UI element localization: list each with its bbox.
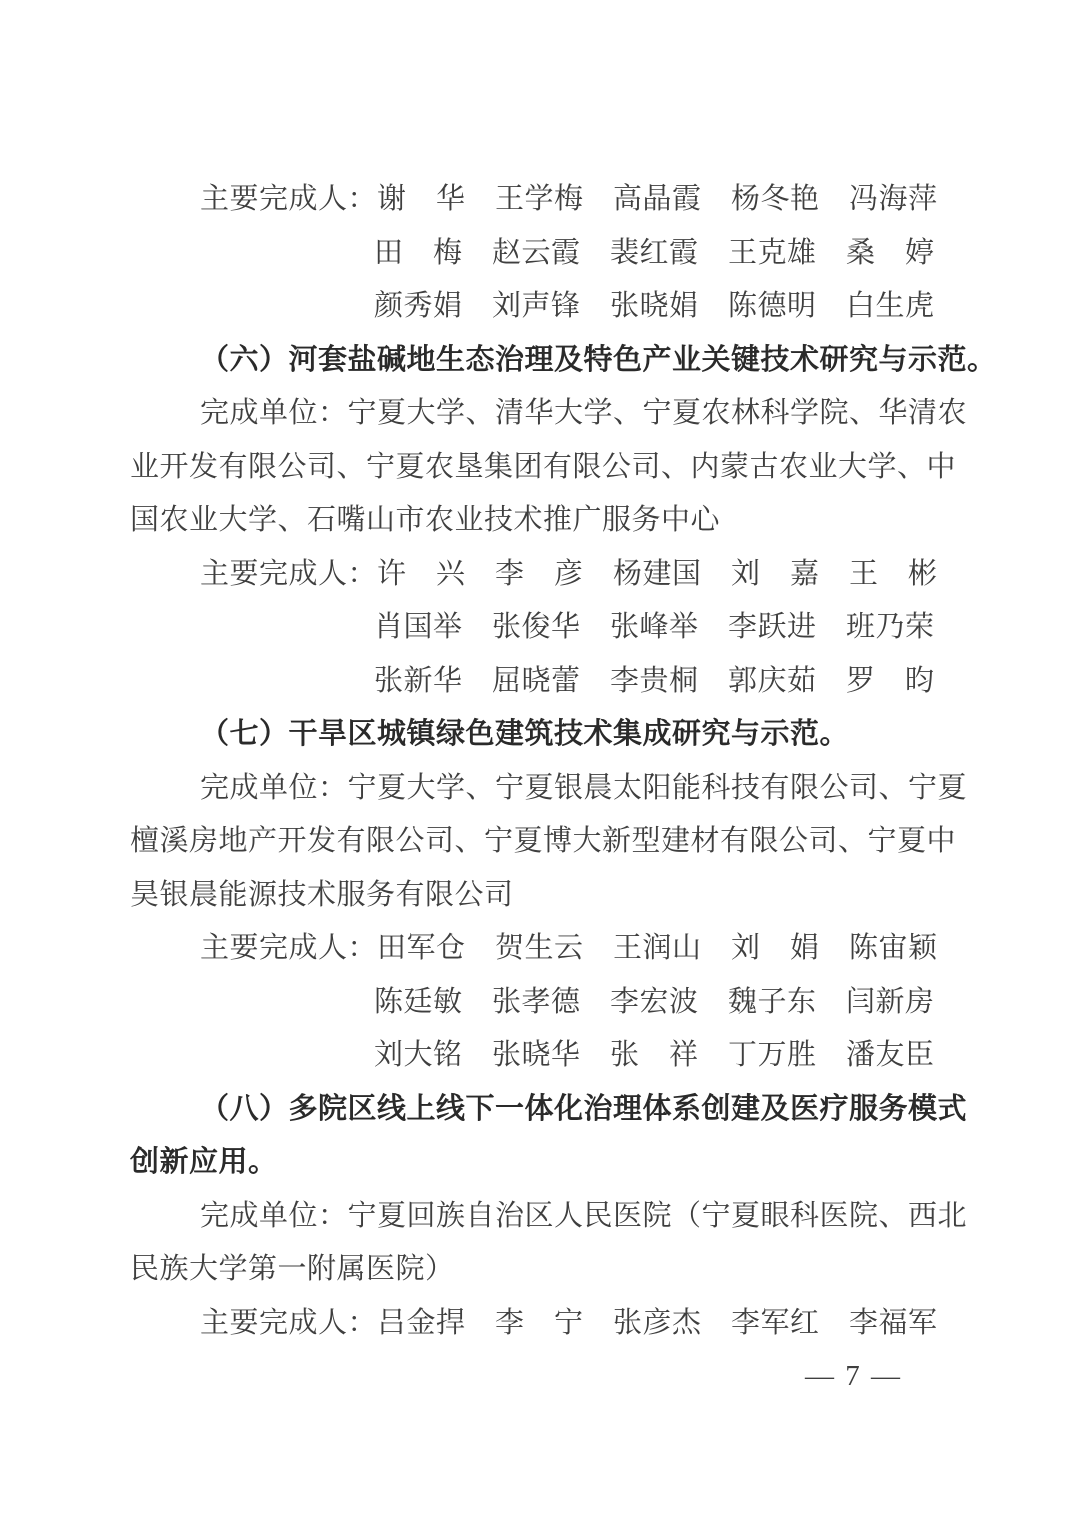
item-6-units-line: 业开发有限公司、宁夏农垦集团有限公司、内蒙古农业大学、中 bbox=[130, 441, 950, 495]
item-8-units-line: 完成单位：宁夏回族自治区人民医院（宁夏眼科医院、西北 bbox=[130, 1190, 950, 1244]
people-list-line: 颜秀娟 刘声锋 张晓娟 陈德明 白生虎 bbox=[130, 280, 950, 334]
page-footer: — 7 — bbox=[805, 1350, 902, 1403]
document-page: 主要完成人：谢 华 王学梅 高晶霞 杨冬艳 冯海萍 田 梅 赵云霞 裴红霞 王克… bbox=[0, 0, 1080, 1527]
people-list-line: 主要完成人：谢 华 王学梅 高晶霞 杨冬艳 冯海萍 bbox=[130, 173, 950, 227]
people-list-line: 田 梅 赵云霞 裴红霞 王克雄 桑 婷 bbox=[130, 227, 950, 281]
item-7-units-line: 昊银晨能源技术服务有限公司 bbox=[130, 869, 950, 923]
item-7-title: （七）干旱区城镇绿色建筑技术集成研究与示范。 bbox=[130, 708, 950, 762]
item-6-people-line: 肖国举 张俊华 张峰举 李跃进 班乃荣 bbox=[130, 601, 950, 655]
item-6-units-line: 完成单位：宁夏大学、清华大学、宁夏农林科学院、华清农 bbox=[130, 387, 950, 441]
item-8-units-line: 民族大学第一附属医院） bbox=[130, 1243, 950, 1297]
item-7-people-line: 主要完成人：田军仓 贺生云 王润山 刘 娟 陈宙颖 bbox=[130, 922, 950, 976]
item-6-units-line: 国农业大学、石嘴山市农业技术推广服务中心 bbox=[130, 494, 950, 548]
document-body: 主要完成人：谢 华 王学梅 高晶霞 杨冬艳 冯海萍 田 梅 赵云霞 裴红霞 王克… bbox=[0, 0, 1080, 1350]
item-7-people-line: 刘大铭 张晓华 张 祥 丁万胜 潘友臣 bbox=[130, 1029, 950, 1083]
item-7-units-line: 完成单位：宁夏大学、宁夏银晨太阳能科技有限公司、宁夏 bbox=[130, 762, 950, 816]
item-7-units-line: 檀溪房地产开发有限公司、宁夏博大新型建材有限公司、宁夏中 bbox=[130, 815, 950, 869]
item-7-people-line: 陈廷敏 张孝德 李宏波 魏子东 闫新房 bbox=[130, 976, 950, 1030]
page-number: — 7 — bbox=[805, 1360, 902, 1392]
item-8-title-continued: 创新应用。 bbox=[130, 1136, 950, 1190]
item-6-title: （六）河套盐碱地生态治理及特色产业关键技术研究与示范。 bbox=[130, 334, 950, 388]
item-8-people-line: 主要完成人：吕金捍 李 宁 张彦杰 李军红 李福军 bbox=[130, 1297, 950, 1351]
item-6-people-line: 主要完成人：许 兴 李 彦 杨建国 刘 嘉 王 彬 bbox=[130, 548, 950, 602]
item-6-people-line: 张新华 屈晓蕾 李贵桐 郭庆茹 罗 昀 bbox=[130, 655, 950, 709]
item-8-title: （八）多院区线上线下一体化治理体系创建及医疗服务模式 bbox=[130, 1083, 950, 1137]
